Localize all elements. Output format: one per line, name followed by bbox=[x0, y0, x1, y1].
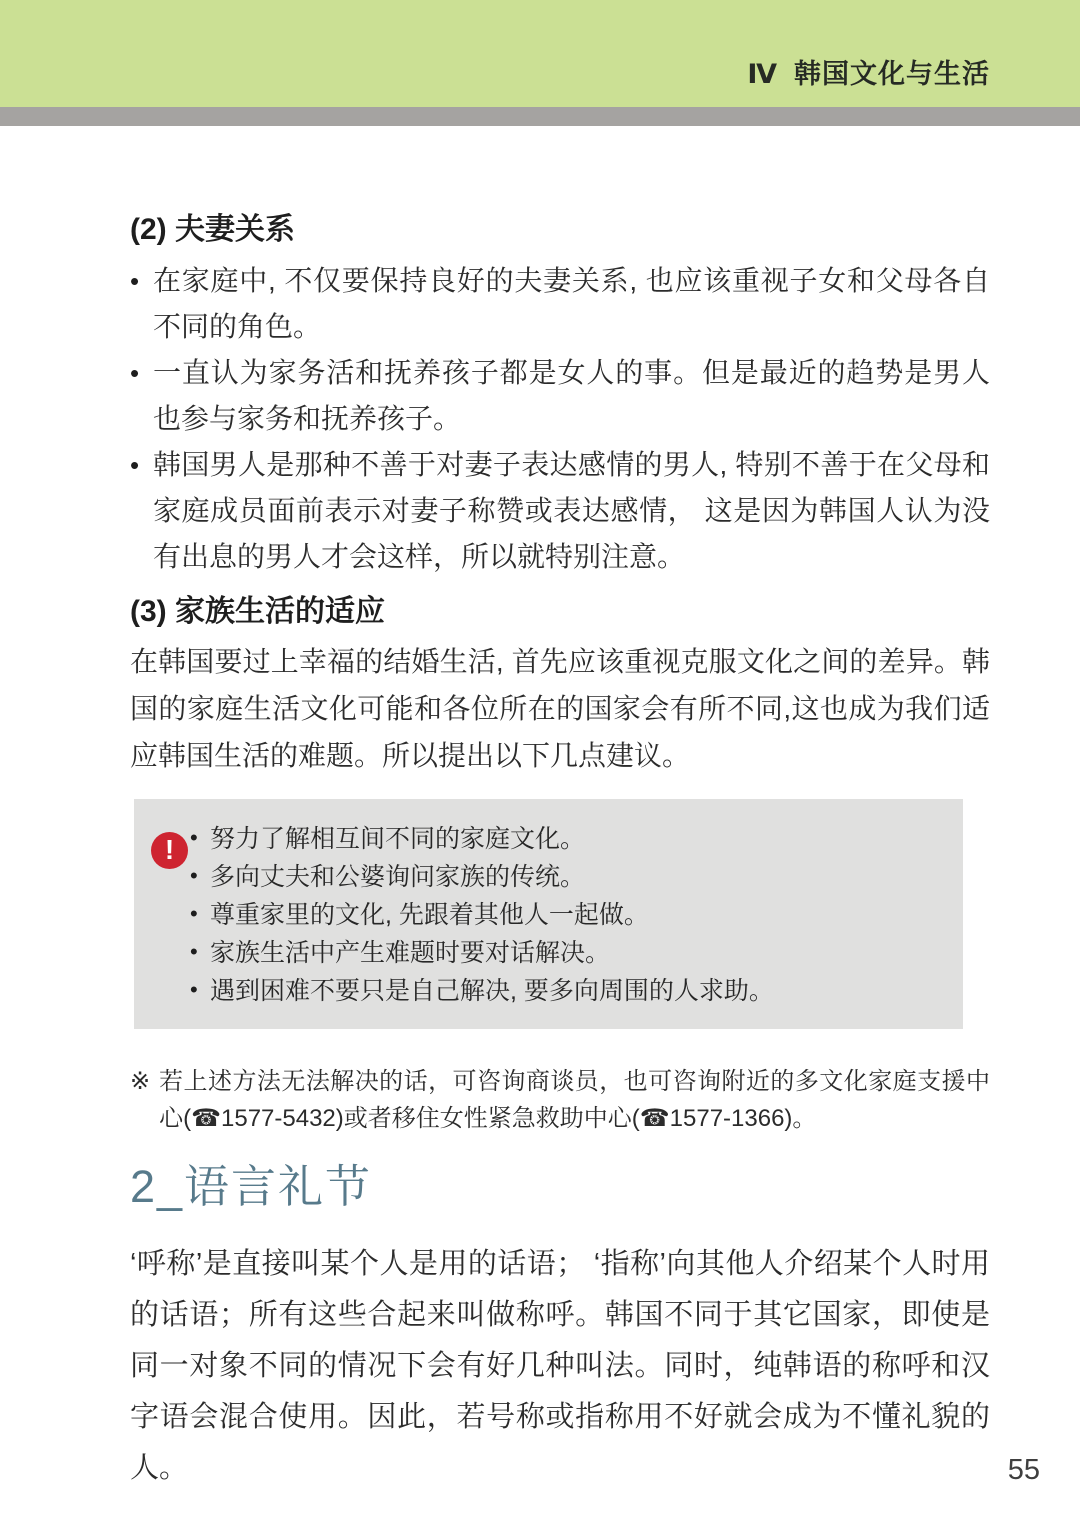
page-content: (2) 夫妻关系 在家庭中, 不仅要保持良好的夫妻关系, 也应该重视子女和父母各… bbox=[0, 212, 1080, 1494]
list-item: 尊重家里的文化, 先跟着其他人一起做。 bbox=[190, 896, 929, 934]
list-item: 一直认为家务活和抚养孩子都是女人的事。但是最近的趋势是男人也参与家务和抚养孩子。 bbox=[130, 350, 990, 442]
list-item: 韩国男人是那种不善于对妻子表达感情的男人, 特别不善于在父母和家庭成员面前表示对… bbox=[130, 442, 990, 580]
advice-callout-box: ! 努力了解相互间不同的家庭文化。 多向丈夫和公婆询问家族的传统。 尊重家里的文… bbox=[134, 799, 963, 1029]
section-heading-family-life-adaptation: (3) 家族生活的适应 bbox=[130, 594, 990, 630]
language-etiquette-paragraph: ‘呼称’是直接叫某个人是用的话语； ‘指称’向其他人介绍某个人时用的话语；所有这… bbox=[130, 1239, 990, 1494]
section-heading-language-etiquette: 2_语言礼节 bbox=[130, 1161, 990, 1213]
list-item: 在家庭中, 不仅要保持良好的夫妻关系, 也应该重视子女和父母各自不同的角色。 bbox=[130, 258, 990, 350]
list-item: 家族生活中产生难题时要对话解决。 bbox=[190, 934, 929, 972]
support-center-footnote: ※ 若上述方法无法解决的话，可咨询商谈员，也可咨询附近的多文化家庭支援中心(☎1… bbox=[130, 1063, 990, 1137]
list-item: 努力了解相互间不同的家庭文化。 bbox=[190, 820, 929, 858]
family-life-adaptation-paragraph: 在韩国要过上幸福的结婚生活, 首先应该重视克服文化之间的差异。韩国的家庭生活文化… bbox=[130, 638, 990, 779]
footnote-text: 若上述方法无法解决的话，可咨询商谈员，也可咨询附近的多文化家庭支援中心(☎157… bbox=[159, 1063, 990, 1137]
chapter-number: Ⅳ bbox=[747, 59, 778, 90]
chapter-title: 韩国文化与生活 bbox=[794, 52, 990, 91]
chapter-header-band: Ⅳ 韩国文化与生活 bbox=[0, 0, 1080, 107]
list-item: 多向丈夫和公婆询问家族的传统。 bbox=[190, 858, 929, 896]
spouse-relations-bullet-list: 在家庭中, 不仅要保持良好的夫妻关系, 也应该重视子女和父母各自不同的角色。 一… bbox=[130, 258, 990, 580]
chapter-header: Ⅳ 韩国文化与生活 bbox=[747, 52, 990, 91]
section-heading-spouse-relations: (2) 夫妻关系 bbox=[130, 212, 990, 248]
list-item: 遇到困难不要只是自己解决, 要多向周围的人求助。 bbox=[190, 972, 929, 1010]
exclamation-icon: ! bbox=[151, 832, 188, 869]
header-divider-bar bbox=[0, 107, 1080, 126]
page-number: 55 bbox=[1008, 1454, 1040, 1487]
advice-list: 努力了解相互间不同的家庭文化。 多向丈夫和公婆询问家族的传统。 尊重家里的文化,… bbox=[190, 820, 929, 1010]
footnote-marker: ※ bbox=[130, 1063, 150, 1137]
